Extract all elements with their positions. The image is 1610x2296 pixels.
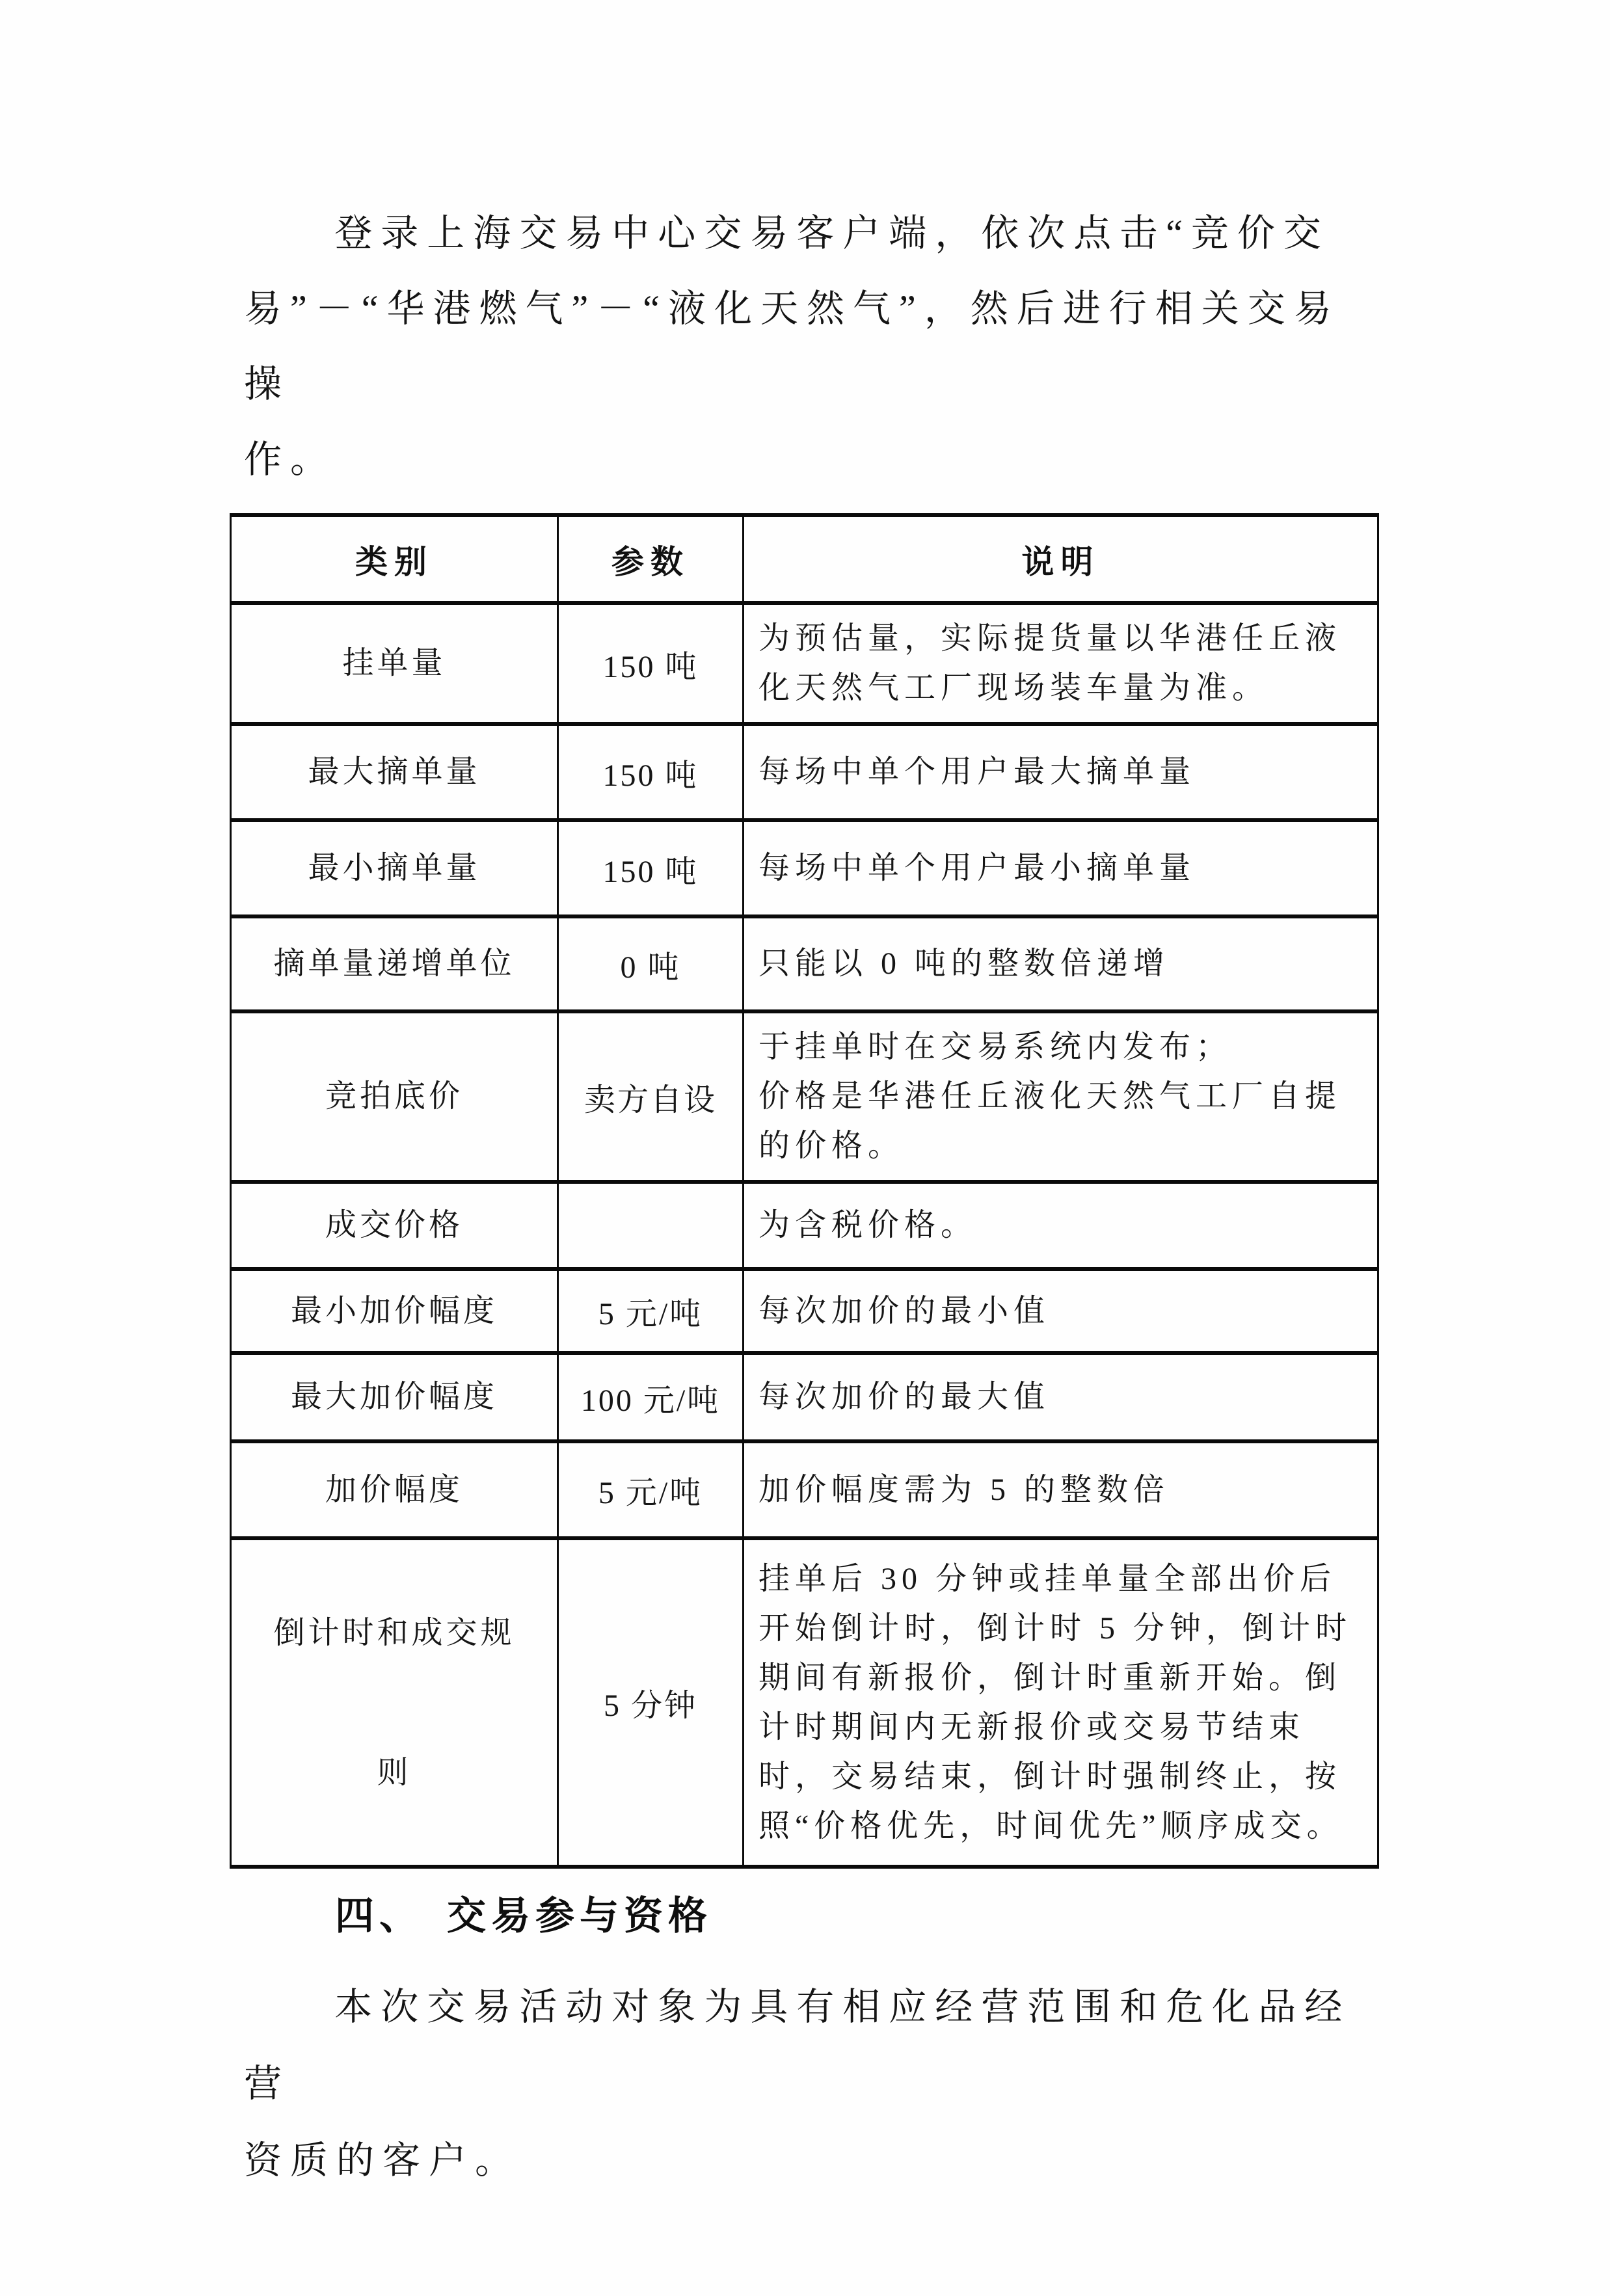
parameter-cell: 150 吨: [558, 603, 744, 724]
category-cell: 最小加价幅度: [231, 1269, 558, 1353]
parameter-cell: 5 元/吨: [558, 1269, 744, 1353]
description-cell: 为含税价格。: [744, 1182, 1378, 1269]
category-cell: 竞拍底价: [231, 1011, 558, 1182]
column-header: 参数: [558, 515, 744, 603]
parameter-cell: 100 元/吨: [558, 1353, 744, 1441]
table-row: 最小加价幅度5 元/吨每次加价的最小值: [231, 1269, 1378, 1353]
section-number: 四、: [335, 1894, 423, 1938]
parameter-cell: 150 吨: [558, 724, 744, 820]
parameter-cell: 5 分钟: [558, 1538, 744, 1867]
table-row: 最大加价幅度100 元/吨每次加价的最大值: [231, 1353, 1378, 1441]
parameter-cell: 5 元/吨: [558, 1441, 744, 1538]
description-cell: 为预估量，实际提货量以华港任丘液化天然气工厂现场装车量为准。: [744, 603, 1378, 724]
category-cell: 加价幅度: [231, 1441, 558, 1538]
category-cell: 成交价格: [231, 1182, 558, 1269]
description-cell: 加价幅度需为 5 的整数倍: [744, 1441, 1378, 1538]
table-row: 加价幅度5 元/吨加价幅度需为 5 的整数倍: [231, 1441, 1378, 1538]
category-cell: 最小摘单量: [231, 820, 558, 916]
table-row: 最大摘单量150 吨每场中单个用户最大摘单量: [231, 724, 1378, 820]
section-heading: 四、交易参与资格: [335, 1895, 1386, 1938]
table-header-row: 类别参数说明: [231, 515, 1378, 603]
description-cell: 每场中单个用户最小摘单量: [744, 820, 1378, 916]
description-cell: 每次加价的最小值: [744, 1269, 1378, 1353]
description-cell: 挂单后 30 分钟或挂单量全部出价后开始倒计时，倒计时 5 分钟，倒计时期间有新…: [744, 1538, 1378, 1867]
document-content: 登录上海交易中心交易客户端，依次点击“竞价交 易”－“华港燃气”－“液化天然气”…: [244, 0, 1386, 2199]
document-page: 登录上海交易中心交易客户端，依次点击“竞价交 易”－“华港燃气”－“液化天然气”…: [0, 0, 1610, 2296]
section-title: 交易参与资格: [447, 1894, 712, 1938]
category-cell: 最大摘单量: [231, 724, 558, 820]
description-cell: 于挂单时在交易系统内发布； 价格是华港任丘液化天然气工厂自提的价格。: [744, 1011, 1378, 1182]
table-row: 倒计时和成交规 则5 分钟挂单后 30 分钟或挂单量全部出价后开始倒计时，倒计时…: [231, 1538, 1378, 1867]
parameter-cell: [558, 1182, 744, 1269]
category-cell: 倒计时和成交规 则: [231, 1538, 558, 1867]
table-row: 挂单量150 吨为预估量，实际提货量以华港任丘液化天然气工厂现场装车量为准。: [231, 603, 1378, 724]
column-header: 类别: [231, 515, 558, 603]
parameter-cell: 150 吨: [558, 820, 744, 916]
category-cell: 挂单量: [231, 603, 558, 724]
category-cell: 摘单量递增单位: [231, 916, 558, 1011]
column-header: 说明: [744, 515, 1378, 603]
description-cell: 每次加价的最大值: [744, 1353, 1378, 1441]
description-cell: 只能以 0 吨的整数倍递增: [744, 916, 1378, 1011]
category-cell: 最大加价幅度: [231, 1353, 558, 1441]
table-row: 摘单量递增单位0 吨只能以 0 吨的整数倍递增: [231, 916, 1378, 1011]
intro-paragraph: 登录上海交易中心交易客户端，依次点击“竞价交 易”－“华港燃气”－“液化天然气”…: [244, 196, 1386, 498]
parameter-cell: 卖方自设: [558, 1011, 744, 1182]
table-body: 挂单量150 吨为预估量，实际提货量以华港任丘液化天然气工厂现场装车量为准。最大…: [231, 603, 1378, 1867]
parameter-cell: 0 吨: [558, 916, 744, 1011]
table-row: 成交价格为含税价格。: [231, 1182, 1378, 1269]
table-row: 竞拍底价卖方自设于挂单时在交易系统内发布； 价格是华港任丘液化天然气工厂自提的价…: [231, 1011, 1378, 1182]
parameters-table: 类别参数说明 挂单量150 吨为预估量，实际提货量以华港任丘液化天然气工厂现场装…: [230, 513, 1379, 1869]
table-row: 最小摘单量150 吨每场中单个用户最小摘单量: [231, 820, 1378, 916]
closing-paragraph: 本次交易活动对象为具有相应经营范围和危化品经营 资质的客户。: [244, 1969, 1386, 2199]
description-cell: 每场中单个用户最大摘单量: [744, 724, 1378, 820]
